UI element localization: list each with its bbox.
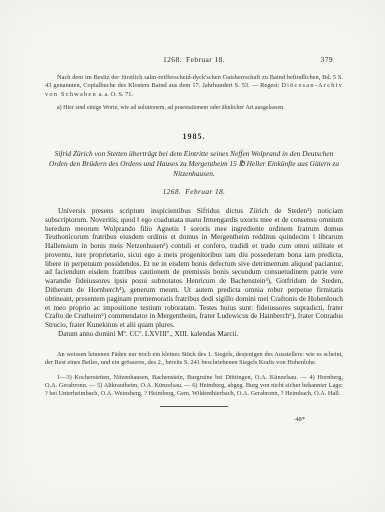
book-page: 1268. Februar 18. 379 Nach dem im Besitz… <box>0 0 385 512</box>
footnotes: 1—3) Kocherstetten, Nitzenhausen, Bachen… <box>45 374 343 398</box>
footnote-a: a) Hier sind einige Worte, wie ad soluti… <box>45 105 343 111</box>
source-note: Nach dem im Besitz der fürstlich salm-re… <box>45 74 343 99</box>
datum-line: Datum anno domini Mº. CCº. LXVIIIº., XII… <box>45 330 343 338</box>
entry-number: 1985. <box>45 132 343 141</box>
running-head-date: 1268. Februar 18. <box>45 55 343 64</box>
charter-body-text: Universis presens scriptum inspicientibu… <box>45 207 343 330</box>
running-head: 1268. Februar 18. 379 <box>45 55 343 65</box>
section-divider-rule <box>160 406 228 407</box>
seal-note: An weissen leinenen Fäden nur noch ein k… <box>45 351 343 367</box>
entry-date-line: 1268. Februar 18. <box>45 187 343 196</box>
entry-regest: Sifrid Zürich von Stetten überträgt bei … <box>47 149 341 179</box>
source-note-tail: a. a. O. S. 71. <box>97 91 133 98</box>
sheet-signature-mark: 48* <box>45 416 343 423</box>
page-number: 379 <box>321 55 333 64</box>
